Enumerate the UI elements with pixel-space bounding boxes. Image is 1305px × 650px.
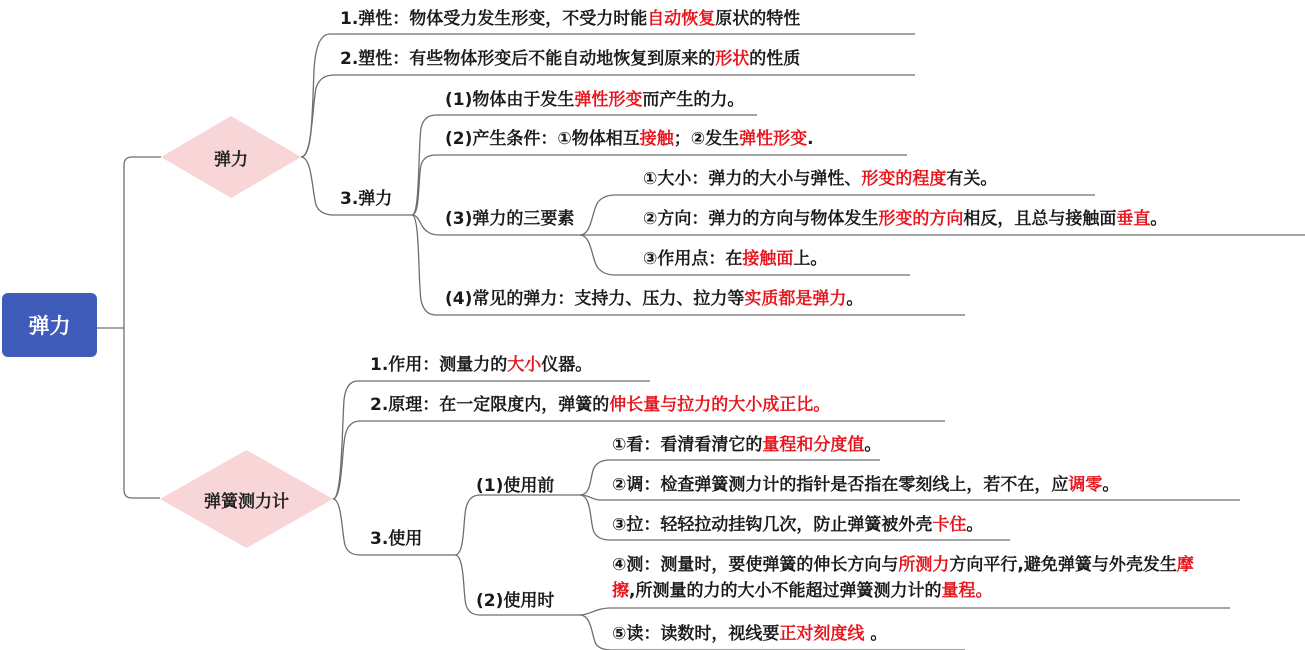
highlight-segment: 接触	[640, 129, 674, 149]
highlight-segment: 大小	[507, 355, 541, 375]
node-direction[interactable]: ②方向：弹力的方向与物体发生形变的方向相反，且总与接触面垂直。	[643, 208, 1167, 230]
highlight-segment: 量程。	[941, 581, 992, 601]
text-segment: 。	[1102, 475, 1119, 495]
node-label: (1)使用前	[476, 476, 554, 496]
node-measure[interactable]: ④测：测量时，要使弹簧的伸长方向与所测力方向平行,避免弹簧与外壳发生摩擦,所测量…	[612, 552, 1212, 604]
text-segment: 。	[966, 515, 983, 535]
highlight-segment: 伸长量与拉力的大小成正比。	[609, 395, 830, 415]
node-conditions[interactable]: (2)产生条件：①物体相互接触；②发生弹性形变.	[445, 128, 814, 150]
node-common-forces[interactable]: (4)常见的弹力：支持力、压力、拉力等实质都是弹力。	[445, 288, 863, 310]
text-segment: 1.弹性：物体受力发生形变，不受力时能	[340, 9, 647, 29]
text-segment: 而产生的力。	[642, 90, 744, 110]
node-during-use[interactable]: (2)使用时	[476, 590, 554, 612]
text-segment: 上。	[793, 249, 827, 269]
text-segment: ①看：看清看清它的	[612, 435, 762, 455]
root-node-label: 弹力	[29, 310, 71, 340]
node-before-use[interactable]: (1)使用前	[476, 475, 554, 497]
text-segment: 原状的特性	[715, 9, 800, 29]
node-label: (2)使用时	[476, 591, 554, 611]
text-segment: 。	[1150, 209, 1167, 229]
topic-elastic-force[interactable]: 弹力	[161, 116, 301, 198]
node-point-of-action[interactable]: ③作用点：在接触面上。	[643, 248, 827, 270]
highlight-segment: 正对刻度线	[779, 624, 864, 644]
highlight-segment: 卡住	[932, 515, 966, 535]
topic-spring-scale[interactable]: 弹簧测力计	[160, 450, 333, 548]
highlight-segment: 弹性形变	[739, 129, 807, 149]
node-label: 3.弹力	[340, 189, 392, 209]
node-usage[interactable]: 3.使用	[370, 528, 422, 550]
text-segment: ③拉：轻轻拉动挂钩几次，防止弹簧被外壳	[612, 515, 932, 535]
highlight-segment: 调零	[1068, 475, 1102, 495]
highlight-segment: 形状	[715, 49, 749, 69]
text-segment: ②方向：弹力的方向与物体发生	[643, 209, 878, 229]
text-segment: ①大小：弹力的大小与弹性、	[643, 169, 861, 189]
node-definition[interactable]: (1)物体由于发生弹性形变而产生的力。	[445, 89, 744, 111]
node-label: (3)弹力的三要素	[445, 209, 574, 229]
text-segment: 有关。	[946, 169, 997, 189]
text-segment: 仪器。	[541, 355, 592, 375]
node-magnitude[interactable]: ①大小：弹力的大小与弹性、形变的程度有关。	[643, 168, 997, 190]
node-elastic-force[interactable]: 3.弹力	[340, 188, 392, 210]
highlight-segment: 自动恢复	[647, 9, 715, 29]
highlight-segment: 弹性形变	[574, 90, 642, 110]
node-look[interactable]: ①看：看清看清它的量程和分度值。	[612, 434, 881, 456]
text-segment: 2.原理：在一定限度内，弹簧的	[370, 395, 609, 415]
node-adjust[interactable]: ②调：检查弹簧测力计的指针是否指在零刻线上，若不在，应调零。	[612, 474, 1119, 496]
node-plasticity[interactable]: 2.塑性：有些物体形变后不能自动地恢复到原来的形状的性质	[340, 48, 800, 70]
text-segment: (4)常见的弹力：支持力、压力、拉力等	[445, 289, 744, 309]
text-segment: 2.塑性：有些物体形变后不能自动地恢复到原来的	[340, 49, 715, 69]
text-segment: ②调：检查弹簧测力计的指针是否指在零刻线上，若不在，应	[612, 475, 1068, 495]
text-segment: ,所测量的力的大小不能超过弹簧测力计的	[629, 581, 941, 601]
root-node[interactable]: 弹力	[2, 293, 97, 357]
highlight-segment: 形变的方向	[878, 209, 963, 229]
text-segment: ；②发生	[674, 129, 739, 149]
text-segment: 1.作用：测量力的	[370, 355, 507, 375]
topic-label: 弹簧测力计	[204, 487, 289, 512]
text-segment: (2)产生条件：①物体相互	[445, 129, 640, 149]
text-segment: (1)物体由于发生	[445, 90, 574, 110]
text-segment: .	[807, 129, 813, 149]
node-function[interactable]: 1.作用：测量力的大小仪器。	[370, 354, 592, 376]
text-segment: 。	[846, 289, 863, 309]
text-segment: ③作用点：在	[643, 249, 742, 269]
text-segment: 。	[864, 435, 881, 455]
highlight-segment: 量程和分度值	[762, 435, 864, 455]
text-segment: ⑤读：读数时，视线要	[612, 624, 779, 644]
node-three-elements[interactable]: (3)弹力的三要素	[445, 208, 574, 230]
node-principle[interactable]: 2.原理：在一定限度内，弹簧的伸长量与拉力的大小成正比。	[370, 394, 830, 416]
highlight-segment: 形变的程度	[861, 169, 946, 189]
highlight-segment: 所测力	[898, 555, 949, 575]
text-segment: 相反，且总与接触面	[963, 209, 1116, 229]
node-label: 3.使用	[370, 529, 422, 549]
highlight-segment: 垂直	[1116, 209, 1150, 229]
text-segment: ④测：测量时，要使弹簧的伸长方向与	[612, 555, 898, 575]
node-pull[interactable]: ③拉：轻轻拉动挂钩几次，防止弹簧被外壳卡住。	[612, 514, 983, 536]
highlight-segment: 接触面	[742, 249, 793, 269]
highlight-segment: 实质都是弹力	[744, 289, 846, 309]
text-segment: 方向平行,避免弹簧与外壳发生	[949, 555, 1176, 575]
node-elasticity[interactable]: 1.弹性：物体受力发生形变，不受力时能自动恢复原状的特性	[340, 8, 800, 30]
text-segment: 。	[864, 624, 887, 644]
text-segment: 的性质	[749, 49, 800, 69]
node-read[interactable]: ⑤读：读数时，视线要正对刻度线 。	[612, 623, 887, 645]
topic-label: 弹力	[214, 145, 248, 170]
